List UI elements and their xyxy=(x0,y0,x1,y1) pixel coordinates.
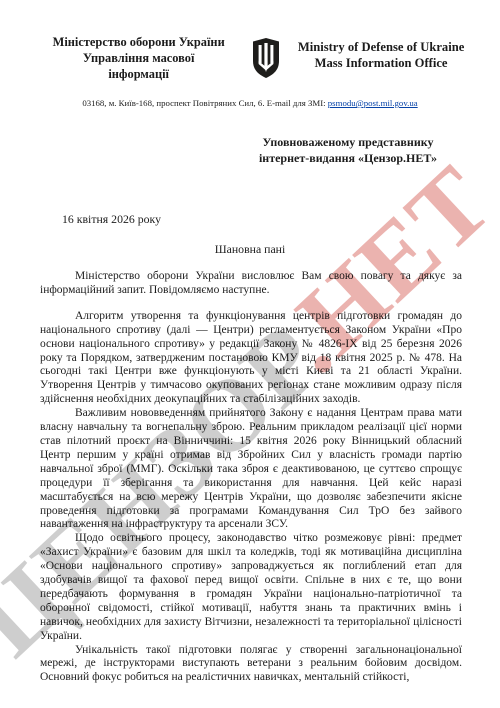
recipient-line1: Уповноваженому представнику xyxy=(250,134,446,150)
postal-address: 03168, м. Київ-168, проспект Повітряних … xyxy=(82,98,327,108)
letterhead: Міністерство оборони України Управління … xyxy=(0,0,500,82)
ministry-name-en-line2: Mass Information Office xyxy=(292,55,470,71)
letter-date: 16 квітня 2026 року xyxy=(62,212,500,227)
press-email-link[interactable]: psmodu@post.mil.gov.ua xyxy=(328,98,418,108)
paragraph: Міністерство оборони України висловлює В… xyxy=(40,270,462,298)
ministry-name-line2: Управління масової xyxy=(38,50,239,66)
ministry-name-english: Ministry of Defense of Ukraine Mass Info… xyxy=(292,34,470,71)
paragraph: Важливим нововведенням прийнятого Закону… xyxy=(40,407,462,532)
paragraph: Алгоритм утворення та функціонування цен… xyxy=(40,310,462,407)
ministry-name-line1: Міністерство оборони України xyxy=(38,34,239,50)
contact-line: 03168, м. Київ-168, проспект Повітряних … xyxy=(0,98,500,108)
trident-shield-icon xyxy=(239,34,292,79)
letter-page: ЦЕНЗОР.НЕТ Міністерство оборони України … xyxy=(0,0,500,708)
ministry-name-ukrainian: Міністерство оборони України Управління … xyxy=(38,34,239,82)
recipient-line2: інтернет-видання «Цензор.НЕТ» xyxy=(250,150,446,166)
paragraph: Щодо освітнього процесу, законодавство ч… xyxy=(40,532,462,643)
salutation: Шановна пані xyxy=(0,242,500,257)
paragraph: Унікальність такої підготовки полягає у … xyxy=(40,644,462,686)
recipient-block: Уповноваженому представнику інтернет-вид… xyxy=(250,134,446,166)
ministry-name-en-line1: Ministry of Defense of Ukraine xyxy=(292,39,470,55)
ministry-name-line3: інформації xyxy=(38,66,239,82)
letter-body: Міністерство оборони України висловлює В… xyxy=(40,270,462,685)
